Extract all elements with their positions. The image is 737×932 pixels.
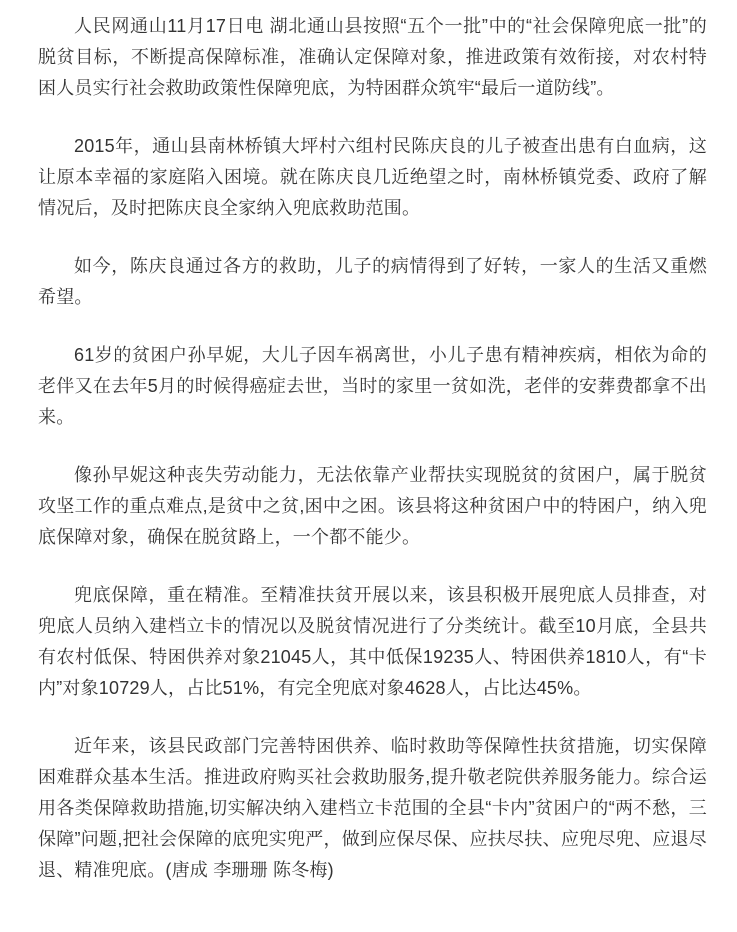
article-paragraph: 如今，陈庆良通过各方的救助，儿子的病情得到了好转，一家人的生活又重燃希望。 [38,251,707,313]
article-paragraph: 61岁的贫困户孙早妮，大儿子因车祸离世，小儿子患有精神疾病，相依为命的老伴又在去… [38,340,707,433]
article-body: 人民网通山11月17日电 湖北通山县按照“五个一批”中的“社会保障兜底一批”的脱… [0,0,737,906]
article-paragraph: 像孙早妮这种丧失劳动能力，无法依靠产业帮扶实现脱贫的贫困户，属于脱贫攻坚工作的重… [38,460,707,553]
article-paragraph-statistics: 兜底保障，重在精准。至精准扶贫开展以来，该县积极开展兜底人员排查，对兜底人员纳入… [38,580,707,704]
article-paragraph: 2015年，通山县南林桥镇大坪村六组村民陈庆良的儿子被查出患有白血病，这让原本幸… [38,131,707,224]
article-paragraph-lead: 人民网通山11月17日电 湖北通山县按照“五个一批”中的“社会保障兜底一批”的脱… [38,11,707,104]
article-paragraph-credits: 近年来，该县民政部门完善特困供养、临时救助等保障性扶贫措施，切实保障困难群众基本… [38,731,707,886]
